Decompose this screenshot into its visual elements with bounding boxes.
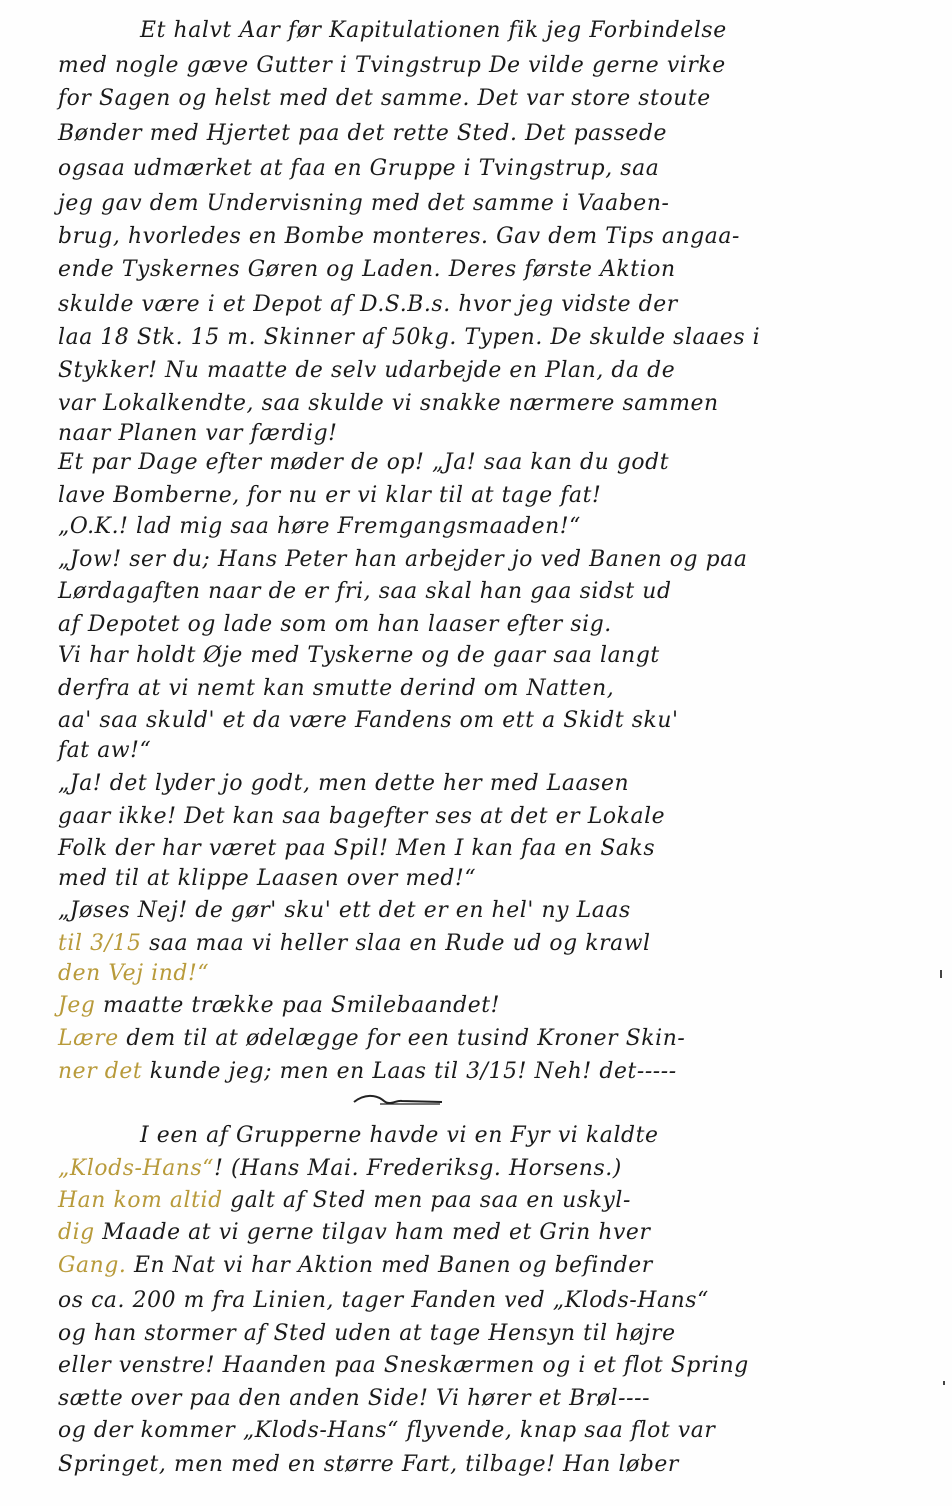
text-line: „Jow! ser du; Hans Peter han arbejder jo… — [58, 549, 928, 571]
text-line: „O.K.! lad mig saa høre Fremgangsmaaden!… — [58, 516, 928, 538]
text-line: derfra at vi nemt kan smutte derind om N… — [58, 678, 928, 700]
text-line: Et halvt Aar før Kapitulationen fik jeg … — [140, 20, 930, 42]
text-line: ner det kunde jeg; men en Laas til 3/15!… — [58, 1061, 928, 1083]
text-segment: ! (Hans Mai. Frederiksg. Horsens.) — [214, 1156, 622, 1181]
text-segment: jeg gav dem Undervisning med det samme i… — [58, 191, 669, 216]
text-line: „Ja! det lyder jo godt, men dette her me… — [58, 773, 928, 795]
text-line: ogsaa udmærket at faa en Gruppe i Tvings… — [58, 158, 928, 180]
text-line: for Sagen og helst med det samme. Det va… — [58, 88, 928, 110]
text-segment: ogsaa udmærket at faa en Gruppe i Tvings… — [58, 156, 659, 181]
text-segment: maatte trække paa Smilebaandet! — [103, 993, 500, 1018]
text-line: jeg gav dem Undervisning med det samme i… — [58, 193, 928, 215]
text-line: eller venstre! Haanden paa Sneskærmen og… — [58, 1355, 928, 1377]
text-line: den Vej ind!“ — [58, 963, 928, 985]
text-segment: med nogle gæve Gutter i Tvingstrup De vi… — [58, 53, 726, 78]
text-line: og der kommer „Klods-Hans“ flyvende, kna… — [58, 1420, 928, 1442]
text-line: Gang. En Nat vi har Aktion med Banen og … — [58, 1255, 928, 1277]
text-line: I een af Grupperne havde vi en Fyr vi ka… — [140, 1125, 930, 1147]
faded-text-segment: dig — [58, 1220, 102, 1245]
text-line: aa' saa skuld' et da være Fandens om ett… — [58, 710, 928, 732]
text-segment: galt af Sted men paa saa en uskyl- — [230, 1188, 631, 1213]
text-segment: fat aw!“ — [58, 738, 151, 763]
text-line: sætte over paa den anden Side! Vi hører … — [58, 1388, 928, 1410]
text-segment: ende Tyskernes Gøren og Laden. Deres før… — [58, 257, 676, 282]
text-segment: af Depotet og lade som om han laaser eft… — [58, 612, 612, 637]
scan-edge-mark — [943, 1381, 945, 1385]
text-line: naar Planen var færdig! — [58, 423, 928, 445]
text-segment: med til at klippe Laasen over med!“ — [58, 866, 476, 891]
text-segment: Vi har holdt Øje med Tyskerne og de gaar… — [58, 643, 660, 668]
text-segment: lave Bomberne, for nu er vi klar til at … — [58, 483, 601, 508]
text-segment: Bønder med Hjertet paa det rette Sted. D… — [58, 121, 667, 146]
text-segment: Et par Dage efter møder de op! „Ja! saa … — [58, 450, 669, 475]
text-line: „Jøses Nej! de gør' sku' ett det er en h… — [58, 900, 928, 922]
text-segment: sætte over paa den anden Side! Vi hører … — [58, 1386, 650, 1411]
faded-text-segment: ner det — [58, 1059, 150, 1084]
text-line: med nogle gæve Gutter i Tvingstrup De vi… — [58, 55, 928, 77]
text-segment: „Jow! ser du; Hans Peter han arbejder jo… — [58, 547, 747, 572]
text-line: Vi har holdt Øje med Tyskerne og de gaar… — [58, 645, 928, 667]
text-line: Folk der har været paa Spil! Men I kan f… — [58, 838, 928, 860]
text-segment: Lørdagaften naar de er fri, saa skal han… — [58, 579, 672, 604]
text-segment: skulde være i et Depot af D.S.B.s. hvor … — [58, 292, 678, 317]
text-segment: var Lokalkendte, saa skulde vi snakke næ… — [58, 391, 719, 416]
text-segment: os ca. 200 m fra Linien, tager Fanden ve… — [58, 1288, 709, 1313]
faded-text-segment: til 3/15 — [58, 931, 142, 956]
text-line: ende Tyskernes Gøren og Laden. Deres før… — [58, 259, 928, 281]
text-segment: „Jøses Nej! de gør' sku' ett det er en h… — [58, 898, 631, 923]
text-segment: og han stormer af Sted uden at tage Hens… — [58, 1321, 676, 1346]
text-segment: naar Planen var færdig! — [58, 421, 338, 446]
text-segment: I een af Grupperne havde vi en Fyr vi ka… — [140, 1123, 659, 1148]
text-segment: „Ja! det lyder jo godt, men dette her me… — [58, 771, 629, 796]
faded-text-segment: Jeg — [58, 993, 103, 1018]
manuscript-page: Et halvt Aar før Kapitulationen fik jeg … — [0, 0, 952, 1506]
text-segment: og der kommer „Klods-Hans“ flyvende, kna… — [58, 1418, 715, 1443]
text-line: skulde være i et Depot af D.S.B.s. hvor … — [58, 294, 928, 316]
text-line: af Depotet og lade som om han laaser eft… — [58, 614, 928, 636]
text-line: gaar ikke! Det kan saa bagefter ses at d… — [58, 806, 928, 828]
text-line: Springet, men med en større Fart, tilbag… — [58, 1454, 928, 1476]
text-line: Han kom altid galt af Sted men paa saa e… — [58, 1190, 928, 1212]
text-segment: dem til at ødelægge for een tusind Krone… — [126, 1026, 685, 1051]
text-segment: for Sagen og helst med det samme. Det va… — [58, 86, 711, 111]
faded-text-segment: Han kom altid — [58, 1188, 230, 1213]
text-segment: laa 18 Stk. 15 m. Skinner af 50kg. Typen… — [58, 325, 760, 350]
text-segment: gaar ikke! Det kan saa bagefter ses at d… — [58, 804, 665, 829]
text-segment: kunde jeg; men en Laas til 3/15! Neh! de… — [150, 1059, 677, 1084]
text-segment: „O.K.! lad mig saa høre Fremgangsmaaden!… — [58, 514, 581, 539]
text-segment: eller venstre! Haanden paa Sneskærmen og… — [58, 1353, 749, 1378]
text-line: til 3/15 saa maa vi heller slaa en Rude … — [58, 933, 928, 955]
text-segment: Folk der har været paa Spil! Men I kan f… — [58, 836, 655, 861]
text-line: brug, hvorledes en Bombe monteres. Gav d… — [58, 226, 928, 248]
text-line: Et par Dage efter møder de op! „Ja! saa … — [58, 452, 928, 474]
text-line: var Lokalkendte, saa skulde vi snakke næ… — [58, 393, 928, 415]
text-line: og han stormer af Sted uden at tage Hens… — [58, 1323, 928, 1345]
faded-text-segment: Lære — [58, 1026, 126, 1051]
scan-edge-mark — [940, 970, 942, 978]
text-line: Lære dem til at ødelægge for een tusind … — [58, 1028, 928, 1050]
text-line: dig Maade at vi gerne tilgav ham med et … — [58, 1222, 928, 1244]
text-line: „Klods-Hans“! (Hans Mai. Frederiksg. Hor… — [58, 1158, 928, 1180]
text-line: Stykker! Nu maatte de selv udarbejde en … — [58, 360, 928, 382]
text-line: lave Bomberne, for nu er vi klar til at … — [58, 485, 928, 507]
faded-text-segment: Gang. — [58, 1253, 134, 1278]
text-line: Jeg maatte trække paa Smilebaandet! — [58, 995, 928, 1017]
text-segment: Maade at vi gerne tilgav ham med et Grin… — [102, 1220, 650, 1245]
text-segment: aa' saa skuld' et da være Fandens om ett… — [58, 708, 679, 733]
text-segment: Springet, men med en større Fart, tilbag… — [58, 1452, 679, 1477]
text-segment: Stykker! Nu maatte de selv udarbejde en … — [58, 358, 675, 383]
text-line: Lørdagaften naar de er fri, saa skal han… — [58, 581, 928, 603]
text-line: os ca. 200 m fra Linien, tager Fanden ve… — [58, 1290, 928, 1312]
text-segment: saa maa vi heller slaa en Rude ud og kra… — [142, 931, 651, 956]
faded-text-segment: „Klods-Hans“ — [58, 1156, 214, 1181]
text-segment: derfra at vi nemt kan smutte derind om N… — [58, 676, 614, 701]
text-line: fat aw!“ — [58, 740, 928, 762]
text-segment: brug, hvorledes en Bombe monteres. Gav d… — [58, 224, 740, 249]
text-line: Bønder med Hjertet paa det rette Sted. D… — [58, 123, 928, 145]
text-line: med til at klippe Laasen over med!“ — [58, 868, 928, 890]
faded-text-segment: den Vej ind!“ — [58, 961, 209, 986]
section-divider-flourish — [350, 1094, 446, 1108]
text-segment: Et halvt Aar før Kapitulationen fik jeg … — [140, 18, 727, 43]
text-segment: En Nat vi har Aktion med Banen og befind… — [134, 1253, 653, 1278]
text-line: laa 18 Stk. 15 m. Skinner af 50kg. Typen… — [58, 327, 928, 349]
